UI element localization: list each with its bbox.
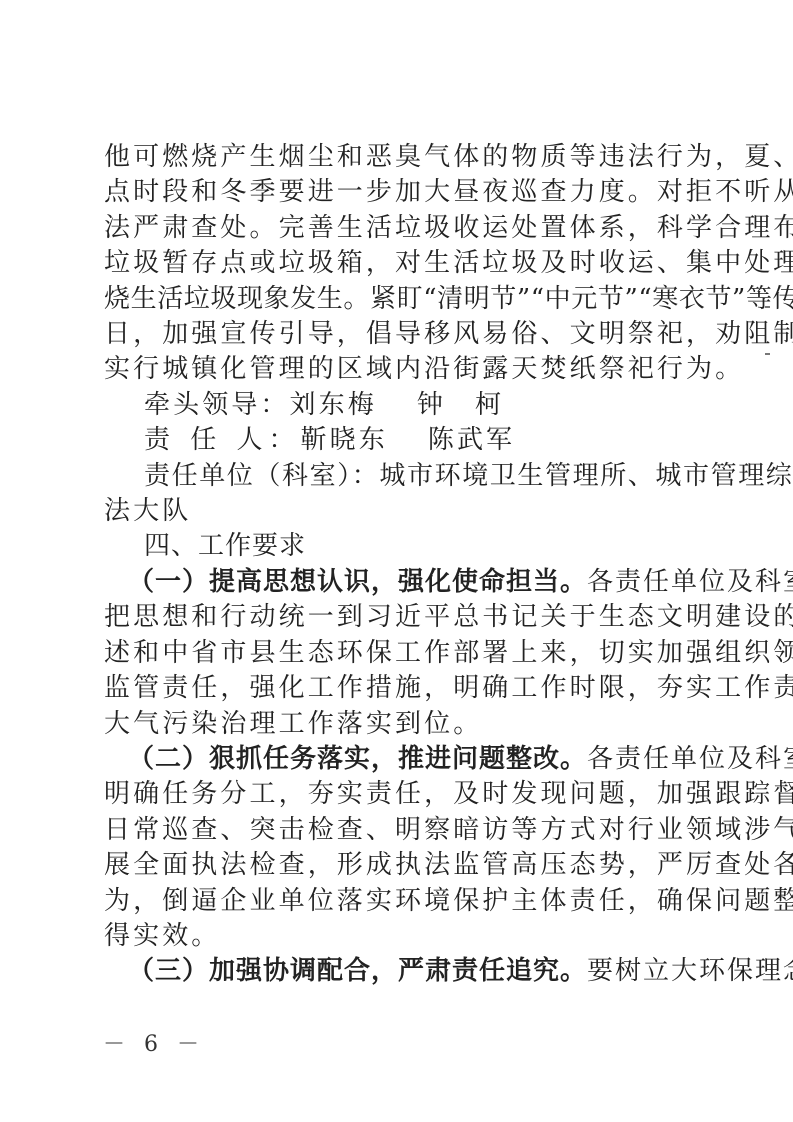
requirement-first-line: （三）加强协调配合，严肃责任追究。要树立大环保理念和 bbox=[104, 954, 694, 989]
text-line: 监管责任，强化工作措施，明确工作时限，夯实工作责任，确保 bbox=[104, 671, 694, 706]
text-line: 展全面执法检查，形成执法监管高压态势，严厉查处各类违法行 bbox=[104, 848, 694, 883]
text-line: 得实效。 bbox=[104, 919, 694, 954]
text-line: 法严肃查处。完善生活垃圾收运处置体系，科学合理布设、增设 bbox=[104, 211, 694, 246]
text-line: 烧生活垃圾现象发生。紧盯“清明节”“中元节”“寒衣节”等传统节 bbox=[104, 282, 694, 317]
text-line: 明确任务分工，夯实责任，及时发现问题，加强跟踪督办。采取 bbox=[104, 777, 694, 812]
page-number: － 6 － bbox=[103, 1027, 205, 1058]
requirement-first-line: （一）提高思想认识，强化使命担当。各责任单位及科室要 bbox=[104, 565, 694, 600]
responsible-person-name: 靳晓东 bbox=[301, 425, 388, 455]
text-line: 日，加强宣传引导，倡导移风易俗、文明祭祀，劝阻制止城区和 bbox=[104, 317, 694, 352]
text-line: 他可燃烧产生烟尘和恶臭气体的物质等违法行为，夏、秋禁烧重 bbox=[104, 140, 694, 175]
requirement-first-line: （二）狠抓任务落实，推进问题整改。各责任单位及科室要 bbox=[104, 742, 694, 777]
responsible-units: 责任单位（科室）：城市环境卫生管理所、城市管理综合执 法大队 bbox=[104, 459, 694, 530]
requirement-1: （一）提高思想认识，强化使命担当。各责任单位及科室要 把思想和行动统一到习近平总… bbox=[104, 565, 694, 742]
text-line: 实行城镇化管理的区域内沿街露天焚纸祭祀行为。 bbox=[104, 352, 694, 387]
lead-leader-name: 钟 柯 bbox=[417, 390, 504, 420]
text-line: 把思想和行动统一到习近平总书记关于生态文明建设的重要论 bbox=[104, 600, 694, 635]
text-line: 述和中省市县生态环保工作部署上来，切实加强组织领导，落实 bbox=[104, 636, 694, 671]
responsible-persons-line: 责 任 人：靳晓东陈武军 bbox=[104, 423, 694, 458]
text-line: 日常巡查、突击检查、明察暗访等方式对行业领域涉气污染源开 bbox=[104, 813, 694, 848]
responsible-units-line: 责任单位（科室）：城市环境卫生管理所、城市管理综合执 bbox=[104, 459, 694, 494]
text-line: 点时段和冬季要进一步加大昼夜巡查力度。对拒不听从劝阻的依 bbox=[104, 175, 694, 210]
scan-mark-2 bbox=[765, 353, 770, 355]
requirement-title: （一）提高思想认识，强化使命担当。 bbox=[128, 567, 587, 597]
text-line: 垃圾暂存点或垃圾箱，对生活垃圾及时收运、集中处理，防止焚 bbox=[104, 246, 694, 281]
requirement-text: 要树立大环保理念和 bbox=[587, 956, 793, 986]
requirement-title: （三）加强协调配合，严肃责任追究。 bbox=[128, 956, 587, 986]
document-body: 他可燃烧产生烟尘和恶臭气体的物质等违法行为，夏、秋禁烧重 点时段和冬季要进一步加… bbox=[104, 140, 694, 990]
document-page: 他可燃烧产生烟尘和恶臭气体的物质等违法行为，夏、秋禁烧重 点时段和冬季要进一步加… bbox=[0, 0, 793, 1122]
text-line: 大气污染治理工作落实到位。 bbox=[104, 707, 694, 742]
requirement-title: （二）狠抓任务落实，推进问题整改。 bbox=[128, 744, 587, 774]
lead-leader-name: 刘东梅 bbox=[290, 390, 377, 420]
responsible-units-line: 法大队 bbox=[104, 494, 694, 529]
responsible-person-name: 陈武军 bbox=[428, 425, 515, 455]
requirement-2: （二）狠抓任务落实，推进问题整改。各责任单位及科室要 明确任务分工，夯实责任，及… bbox=[104, 742, 694, 954]
section-heading-work-requirements: 四、工作要求 bbox=[104, 529, 694, 564]
requirement-3: （三）加强协调配合，严肃责任追究。要树立大环保理念和 bbox=[104, 954, 694, 989]
responsible-persons-label: 责 任 人： bbox=[144, 425, 301, 455]
text-line: 为，倒逼企业单位落实环境保护主体责任，确保问题整改工作取 bbox=[104, 884, 694, 919]
paragraph-burning-control: 他可燃烧产生烟尘和恶臭气体的物质等违法行为，夏、秋禁烧重 点时段和冬季要进一步加… bbox=[104, 140, 694, 388]
lead-leaders-line: 牵头领导：刘东梅钟 柯 bbox=[104, 388, 694, 423]
requirement-text: 各责任单位及科室要 bbox=[587, 567, 793, 597]
lead-leaders-label: 牵头领导： bbox=[144, 390, 290, 420]
requirement-text: 各责任单位及科室要 bbox=[587, 744, 793, 774]
